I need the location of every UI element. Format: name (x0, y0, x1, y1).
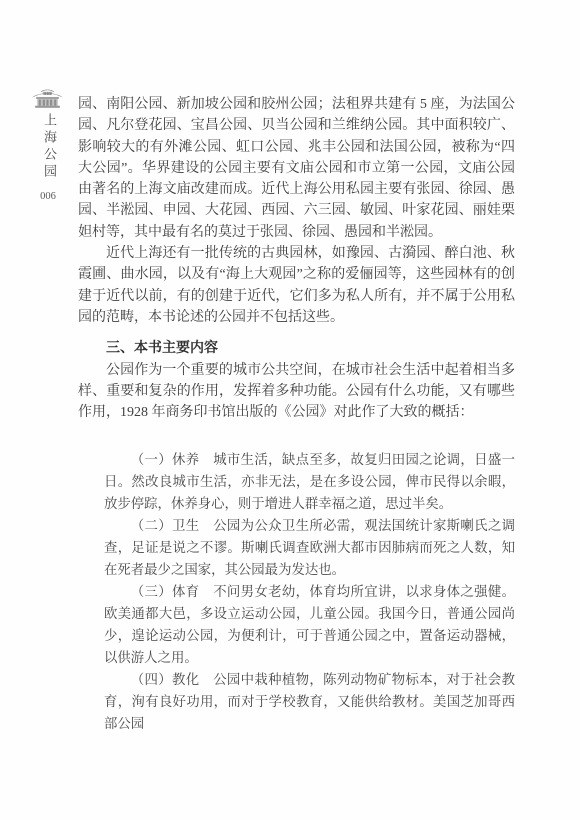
body-paragraph: 近代上海还有一批传统的古典园林，如豫园、古漪园、醉白池、秋霞圃、曲水园，以及有“… (78, 243, 515, 328)
quote-item-hygiene: （二）卫生 公园为公众卫生所必需，观法国统计家斯喇氏之调查，足证是说之不谬。斯喇… (104, 515, 515, 581)
page-content: 园、南阳公园、新加坡公园和胶州公园；法租界共建有 5 座，为法国公园、凡尔登花园… (78, 94, 515, 735)
body-paragraph-continuation: 园、南阳公园、新加坡公园和胶州公园；法租界共建有 5 座，为法国公园、凡尔登花园… (78, 94, 515, 243)
quote-item-rest: （一）休养 城市生活，缺点至多，故复归田园之论调，日盛一日。然改良城市生活，亦非… (104, 449, 515, 515)
book-title-vertical: 上海公园 (34, 113, 64, 181)
body-paragraph: 公园作为一个重要的城市公共空间，在城市社会生活中起着相当多样、重要和复杂的作用，… (78, 360, 515, 424)
page-number: 006 (28, 191, 68, 202)
book-page: 上海公园 006 园、南阳公园、新加坡公园和胶州公园；法租界共建有 5 座，为法… (0, 0, 580, 820)
block-quote: （一）休养 城市生活，缺点至多，故复归田园之论调，日盛一日。然改良城市生活，亦非… (104, 449, 515, 735)
temple-icon (31, 86, 64, 110)
quote-item-sports: （三）体育 不问男女老幼，体育均所宜讲，以求身体之强健。欧美通都大邑，多设立运动… (104, 581, 515, 669)
quote-item-education: （四）教化 公园中栽种植物，陈列动物矿物标本，对于社会教育，洵有良好功用，而对于… (104, 669, 515, 735)
section-heading: 三、本书主要内容 (78, 338, 515, 359)
